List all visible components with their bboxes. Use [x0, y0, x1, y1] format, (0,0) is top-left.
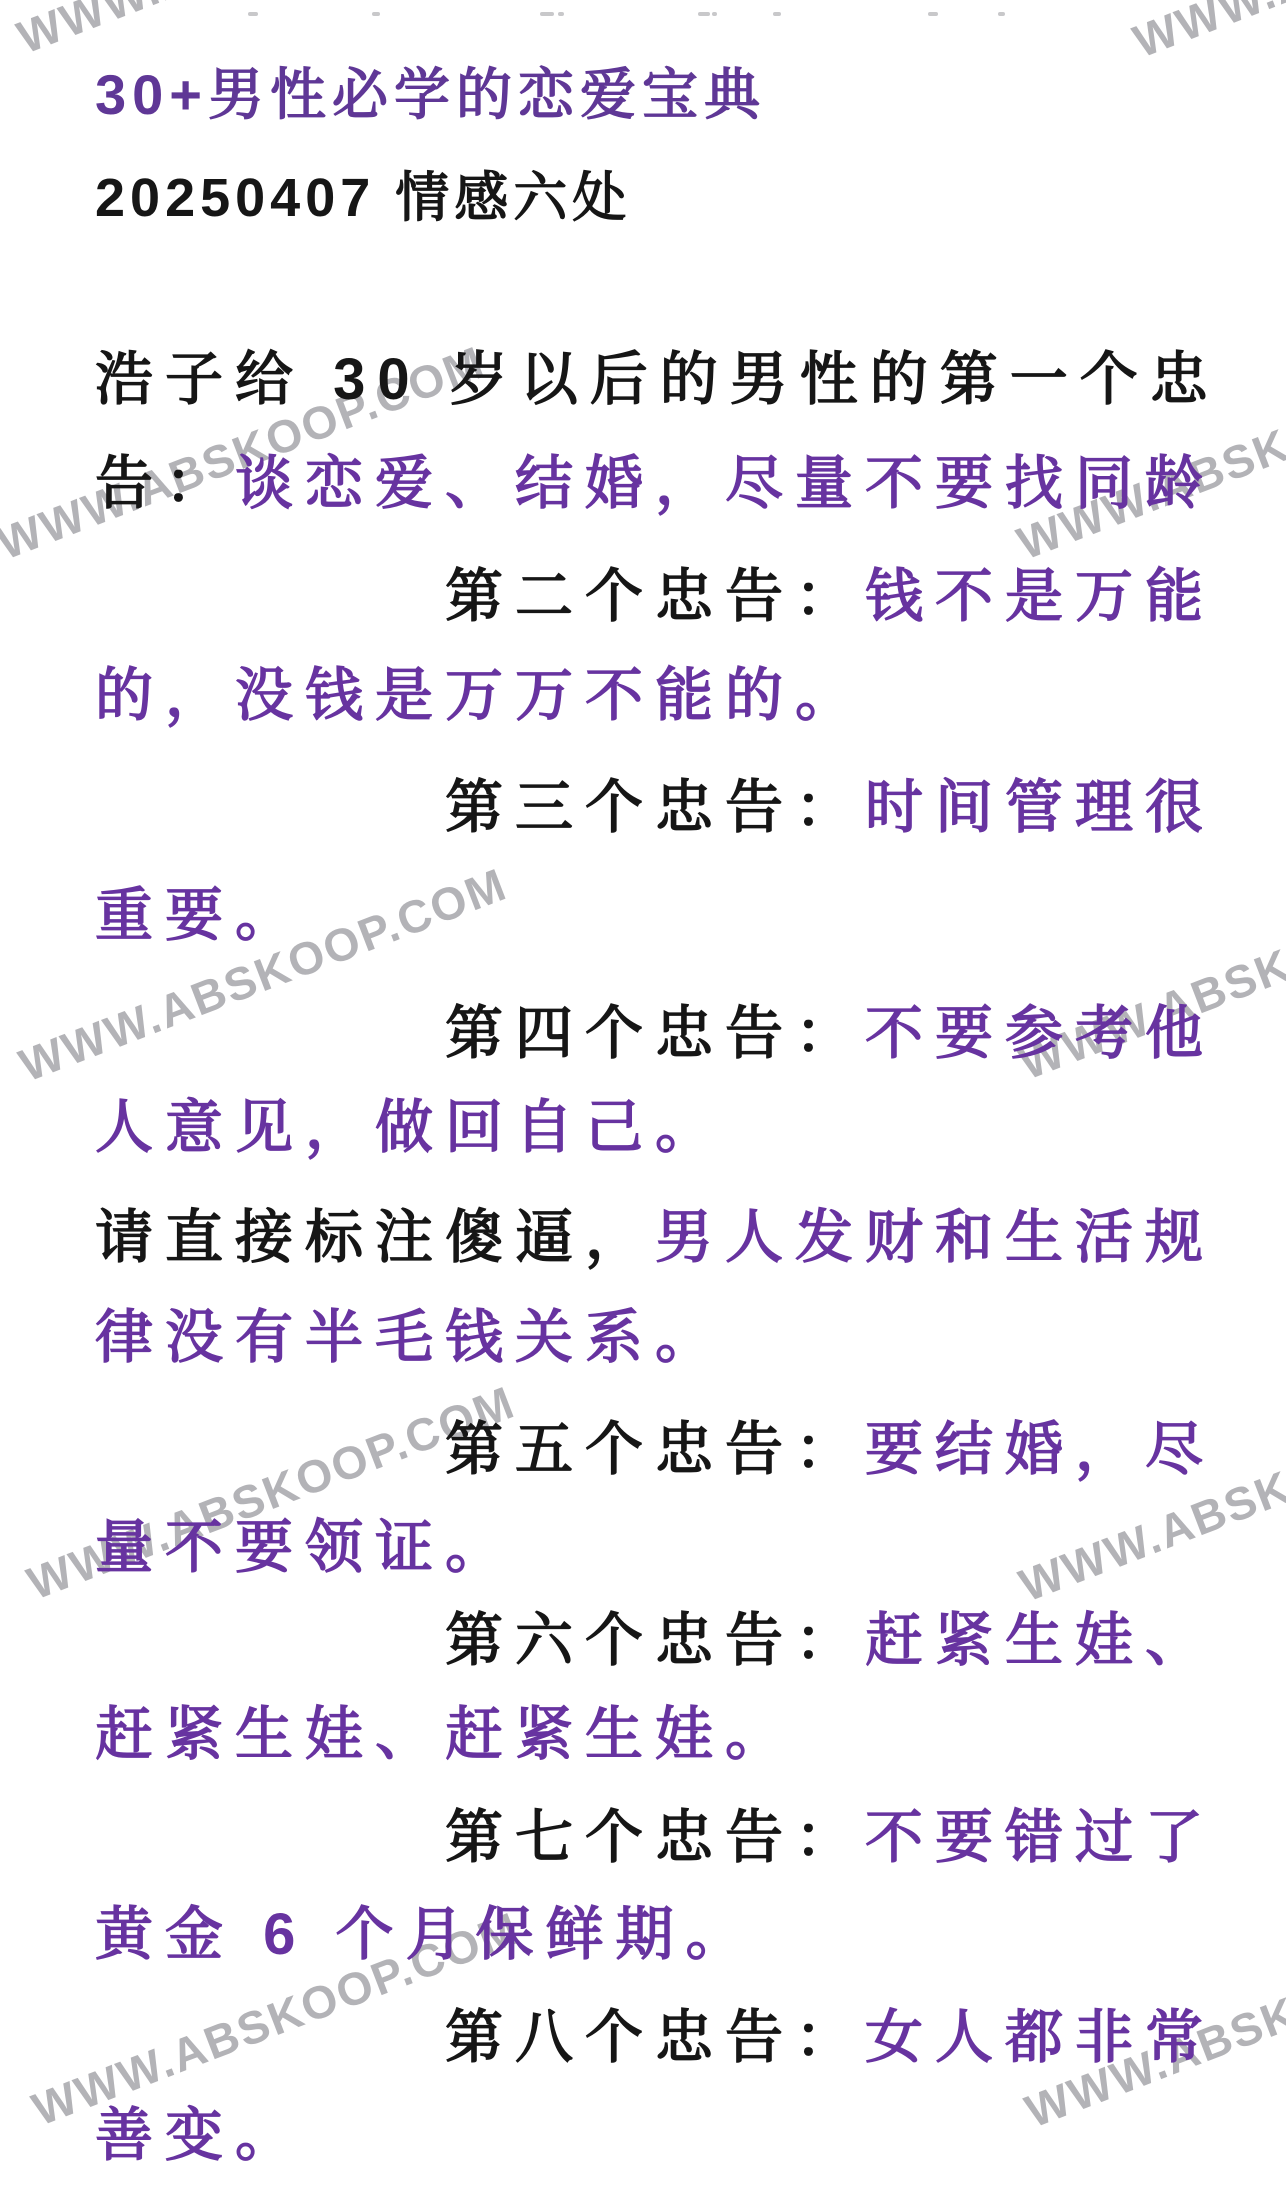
text-line: 赶紧生娃、赶紧生娃。 [95, 1703, 795, 1767]
text-segment: 人意见，做回自己。 [95, 1095, 725, 1160]
text-segment: 第五个忠告： [445, 1417, 865, 1482]
text-line: 黄金 6 个月保鲜期。 [95, 1903, 756, 1967]
text-segment: 钱不是万能 [865, 564, 1215, 629]
text-line: 善变。 [95, 2104, 305, 2168]
text-line: 请直接标注傻逼，男人发财和生活规 [95, 1206, 1215, 1270]
text-segment: 不要错过了 [865, 1805, 1215, 1870]
text-line: 第六个忠告：赶紧生娃、 [445, 1609, 1215, 1673]
text-line: 第八个忠告：女人都非常 [445, 2006, 1215, 2070]
text-segment: 第四个忠告： [445, 1001, 865, 1066]
text-segment: 量不要领证。 [95, 1515, 515, 1580]
text-segment: 请直接标注傻逼， [95, 1205, 655, 1270]
text-line: 第五个忠告：要结婚，尽 [445, 1418, 1215, 1482]
document-page: 30+男性必学的恋爱宝典 20250407 情感六处 浩子给 30 岁以后的男性… [0, 0, 1286, 2185]
cropped-glyph-fragment [998, 12, 1005, 16]
text-segment: 第七个忠告： [445, 1805, 865, 1870]
text-segment: 赶紧生娃、赶紧生娃。 [95, 1702, 795, 1767]
text-line: 第七个忠告：不要错过了 [445, 1806, 1215, 1870]
text-segment: 要结婚，尽 [865, 1417, 1215, 1482]
text-line: 第三个忠告：时间管理很 [445, 776, 1215, 840]
text-segment: 不要参考他 [865, 1001, 1215, 1066]
text-segment: 女人都非常 [865, 2005, 1215, 2070]
text-segment: 浩子给 30 岁以后的男性的第一个忠 [95, 347, 1220, 412]
site-watermark: WWW.ABSKOOP.COM [1012, 1377, 1286, 1613]
text-segment: 的，没钱是万万不能的。 [95, 663, 865, 728]
text-segment: 律没有半毛钱关系。 [95, 1305, 725, 1370]
text-segment: 谈恋爱、结婚，尽量不要找同龄 [235, 451, 1215, 516]
cropped-glyph-fragment [773, 12, 781, 16]
page-title: 30+男性必学的恋爱宝典 [95, 64, 766, 126]
site-watermark: WWW.ABSKOOP.COM [1126, 0, 1286, 68]
text-line: 的，没钱是万万不能的。 [95, 664, 865, 728]
cropped-glyph-fragment [248, 12, 258, 16]
cropped-glyph-fragment [928, 12, 938, 16]
text-segment: 第八个忠告： [445, 2005, 865, 2070]
text-segment: 男人发财和生活规 [655, 1205, 1215, 1270]
text-line: 律没有半毛钱关系。 [95, 1306, 725, 1370]
text-segment: 告： [95, 451, 235, 516]
text-segment: 黄金 6 个月保鲜期。 [95, 1902, 756, 1967]
cropped-glyph-fragment [558, 12, 564, 16]
text-line: 第二个忠告：钱不是万能 [445, 565, 1215, 629]
text-segment: 重要。 [95, 883, 305, 948]
text-segment: 第二个忠告： [445, 564, 865, 629]
text-segment: 时间管理很 [865, 775, 1215, 840]
cropped-glyph-fragment [698, 12, 710, 16]
text-segment: 第三个忠告： [445, 775, 865, 840]
site-watermark: WWW.ABSKOOP.COM [10, 0, 512, 64]
text-line: 告：谈恋爱、结婚，尽量不要找同龄 [95, 452, 1215, 516]
text-line: 人意见，做回自己。 [95, 1096, 725, 1160]
text-line: 第四个忠告：不要参考他 [445, 1002, 1215, 1066]
cropped-glyph-fragment [712, 12, 717, 16]
text-segment: 善变。 [95, 2103, 305, 2168]
cropped-glyph-fragment [372, 12, 380, 16]
text-segment: 第六个忠告： [445, 1608, 865, 1673]
text-line: 浩子给 30 岁以后的男性的第一个忠 [95, 348, 1220, 412]
page-subtitle: 20250407 情感六处 [95, 168, 631, 228]
text-line: 重要。 [95, 884, 305, 948]
cropped-glyph-fragment [540, 12, 554, 16]
text-line: 量不要领证。 [95, 1516, 515, 1580]
text-segment: 赶紧生娃、 [865, 1608, 1215, 1673]
